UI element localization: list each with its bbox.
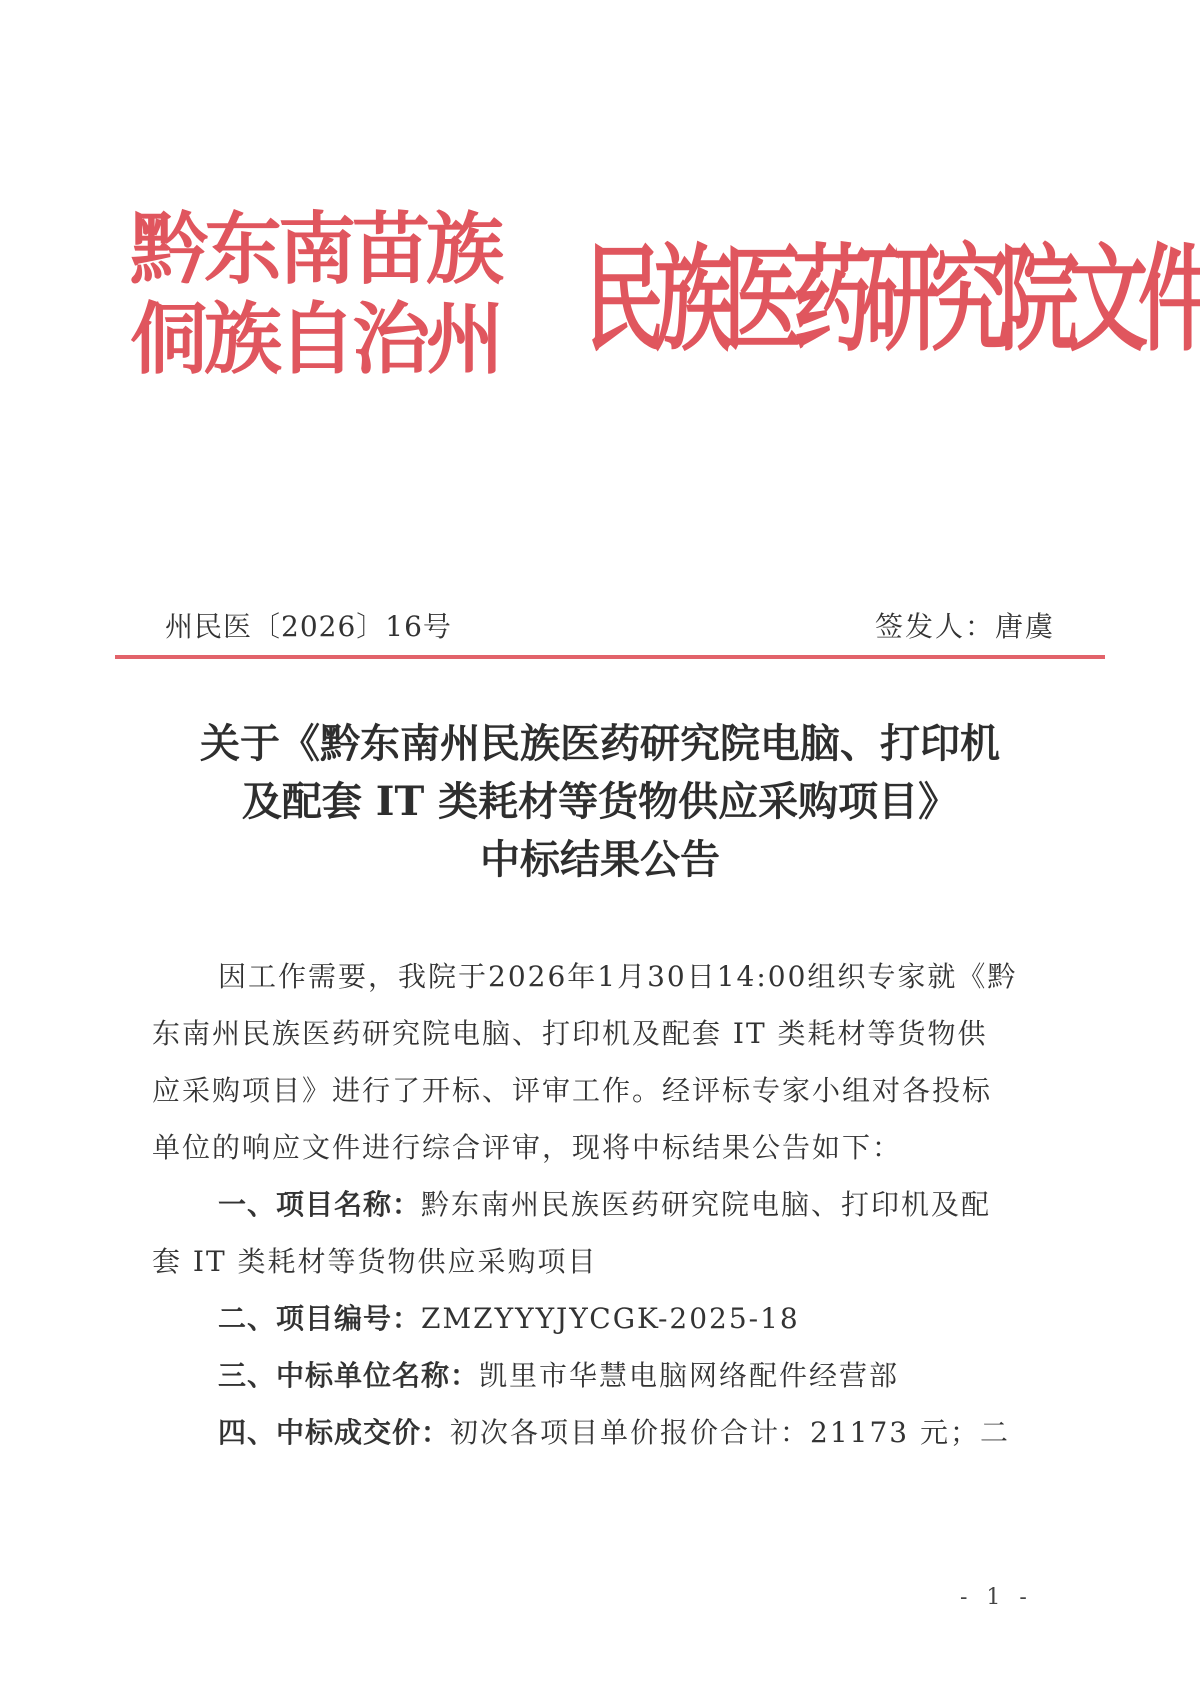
letterhead-line-2: 侗族自治州	[130, 295, 560, 385]
red-divider	[115, 655, 1105, 659]
item-winning-price: 四、中标成交价：初次各项目单价报价合计：21173 元；二	[152, 1404, 1052, 1461]
document-body: 因工作需要，我院于2026年1月30日14:00组织专家就《黔 东南州民族医药研…	[152, 948, 1052, 1461]
letterhead-institute: 民族医药研究院文件	[585, 205, 1200, 394]
item-project-name-cont: 套 IT 类耗材等货物供应采购项目	[152, 1233, 1052, 1290]
title-line-3: 中标结果公告	[100, 831, 1100, 889]
item-winning-bidder: 三、中标单位名称：凯里市华慧电脑网络配件经营部	[152, 1347, 1052, 1404]
letterhead-region: 黔东南苗族 侗族自治州	[130, 205, 560, 385]
page-number: - 1 -	[960, 1585, 1033, 1610]
document-title: 关于《黔东南州民族医药研究院电脑、打印机 及配套 IT 类耗材等货物供应采购项目…	[100, 715, 1100, 889]
item-label: 二、项目编号：	[218, 1302, 421, 1335]
item-project-number: 二、项目编号：ZMZYYYJYCGK-2025-18	[152, 1290, 1052, 1347]
title-line-1: 关于《黔东南州民族医药研究院电脑、打印机	[100, 715, 1100, 773]
signer: 签发人：唐虞	[875, 605, 1055, 645]
item-value: 初次各项目单价报价合计：21173 元；二	[450, 1416, 1010, 1449]
item-value: ZMZYYYJYCGK-2025-18	[421, 1302, 800, 1335]
item-label: 三、中标单位名称：	[218, 1359, 479, 1392]
intro-line-2: 东南州民族医药研究院电脑、打印机及配套 IT 类耗材等货物供	[152, 1005, 1052, 1062]
letterhead: 黔东南苗族 侗族自治州 民族医药研究院文件	[130, 205, 1070, 405]
item-project-name: 一、项目名称：黔东南州民族医药研究院电脑、打印机及配	[152, 1176, 1052, 1233]
item-label: 一、项目名称：	[218, 1188, 421, 1221]
title-line-2: 及配套 IT 类耗材等货物供应采购项目》	[100, 773, 1100, 831]
intro-line-4: 单位的响应文件进行综合评审，现将中标结果公告如下：	[152, 1119, 1052, 1176]
item-label: 四、中标成交价：	[218, 1416, 450, 1449]
item-value: 黔东南州民族医药研究院电脑、打印机及配	[421, 1188, 991, 1221]
document-meta-row: 州民医〔2026〕16号 签发人：唐虞	[115, 605, 1105, 645]
document-number: 州民医〔2026〕16号	[165, 605, 452, 645]
letterhead-line-1: 黔东南苗族	[130, 205, 560, 295]
intro-line-1: 因工作需要，我院于2026年1月30日14:00组织专家就《黔	[152, 948, 1052, 1005]
intro-line-3: 应采购项目》进行了开标、评审工作。经评标专家小组对各投标	[152, 1062, 1052, 1119]
item-value: 凯里市华慧电脑网络配件经营部	[479, 1359, 899, 1392]
